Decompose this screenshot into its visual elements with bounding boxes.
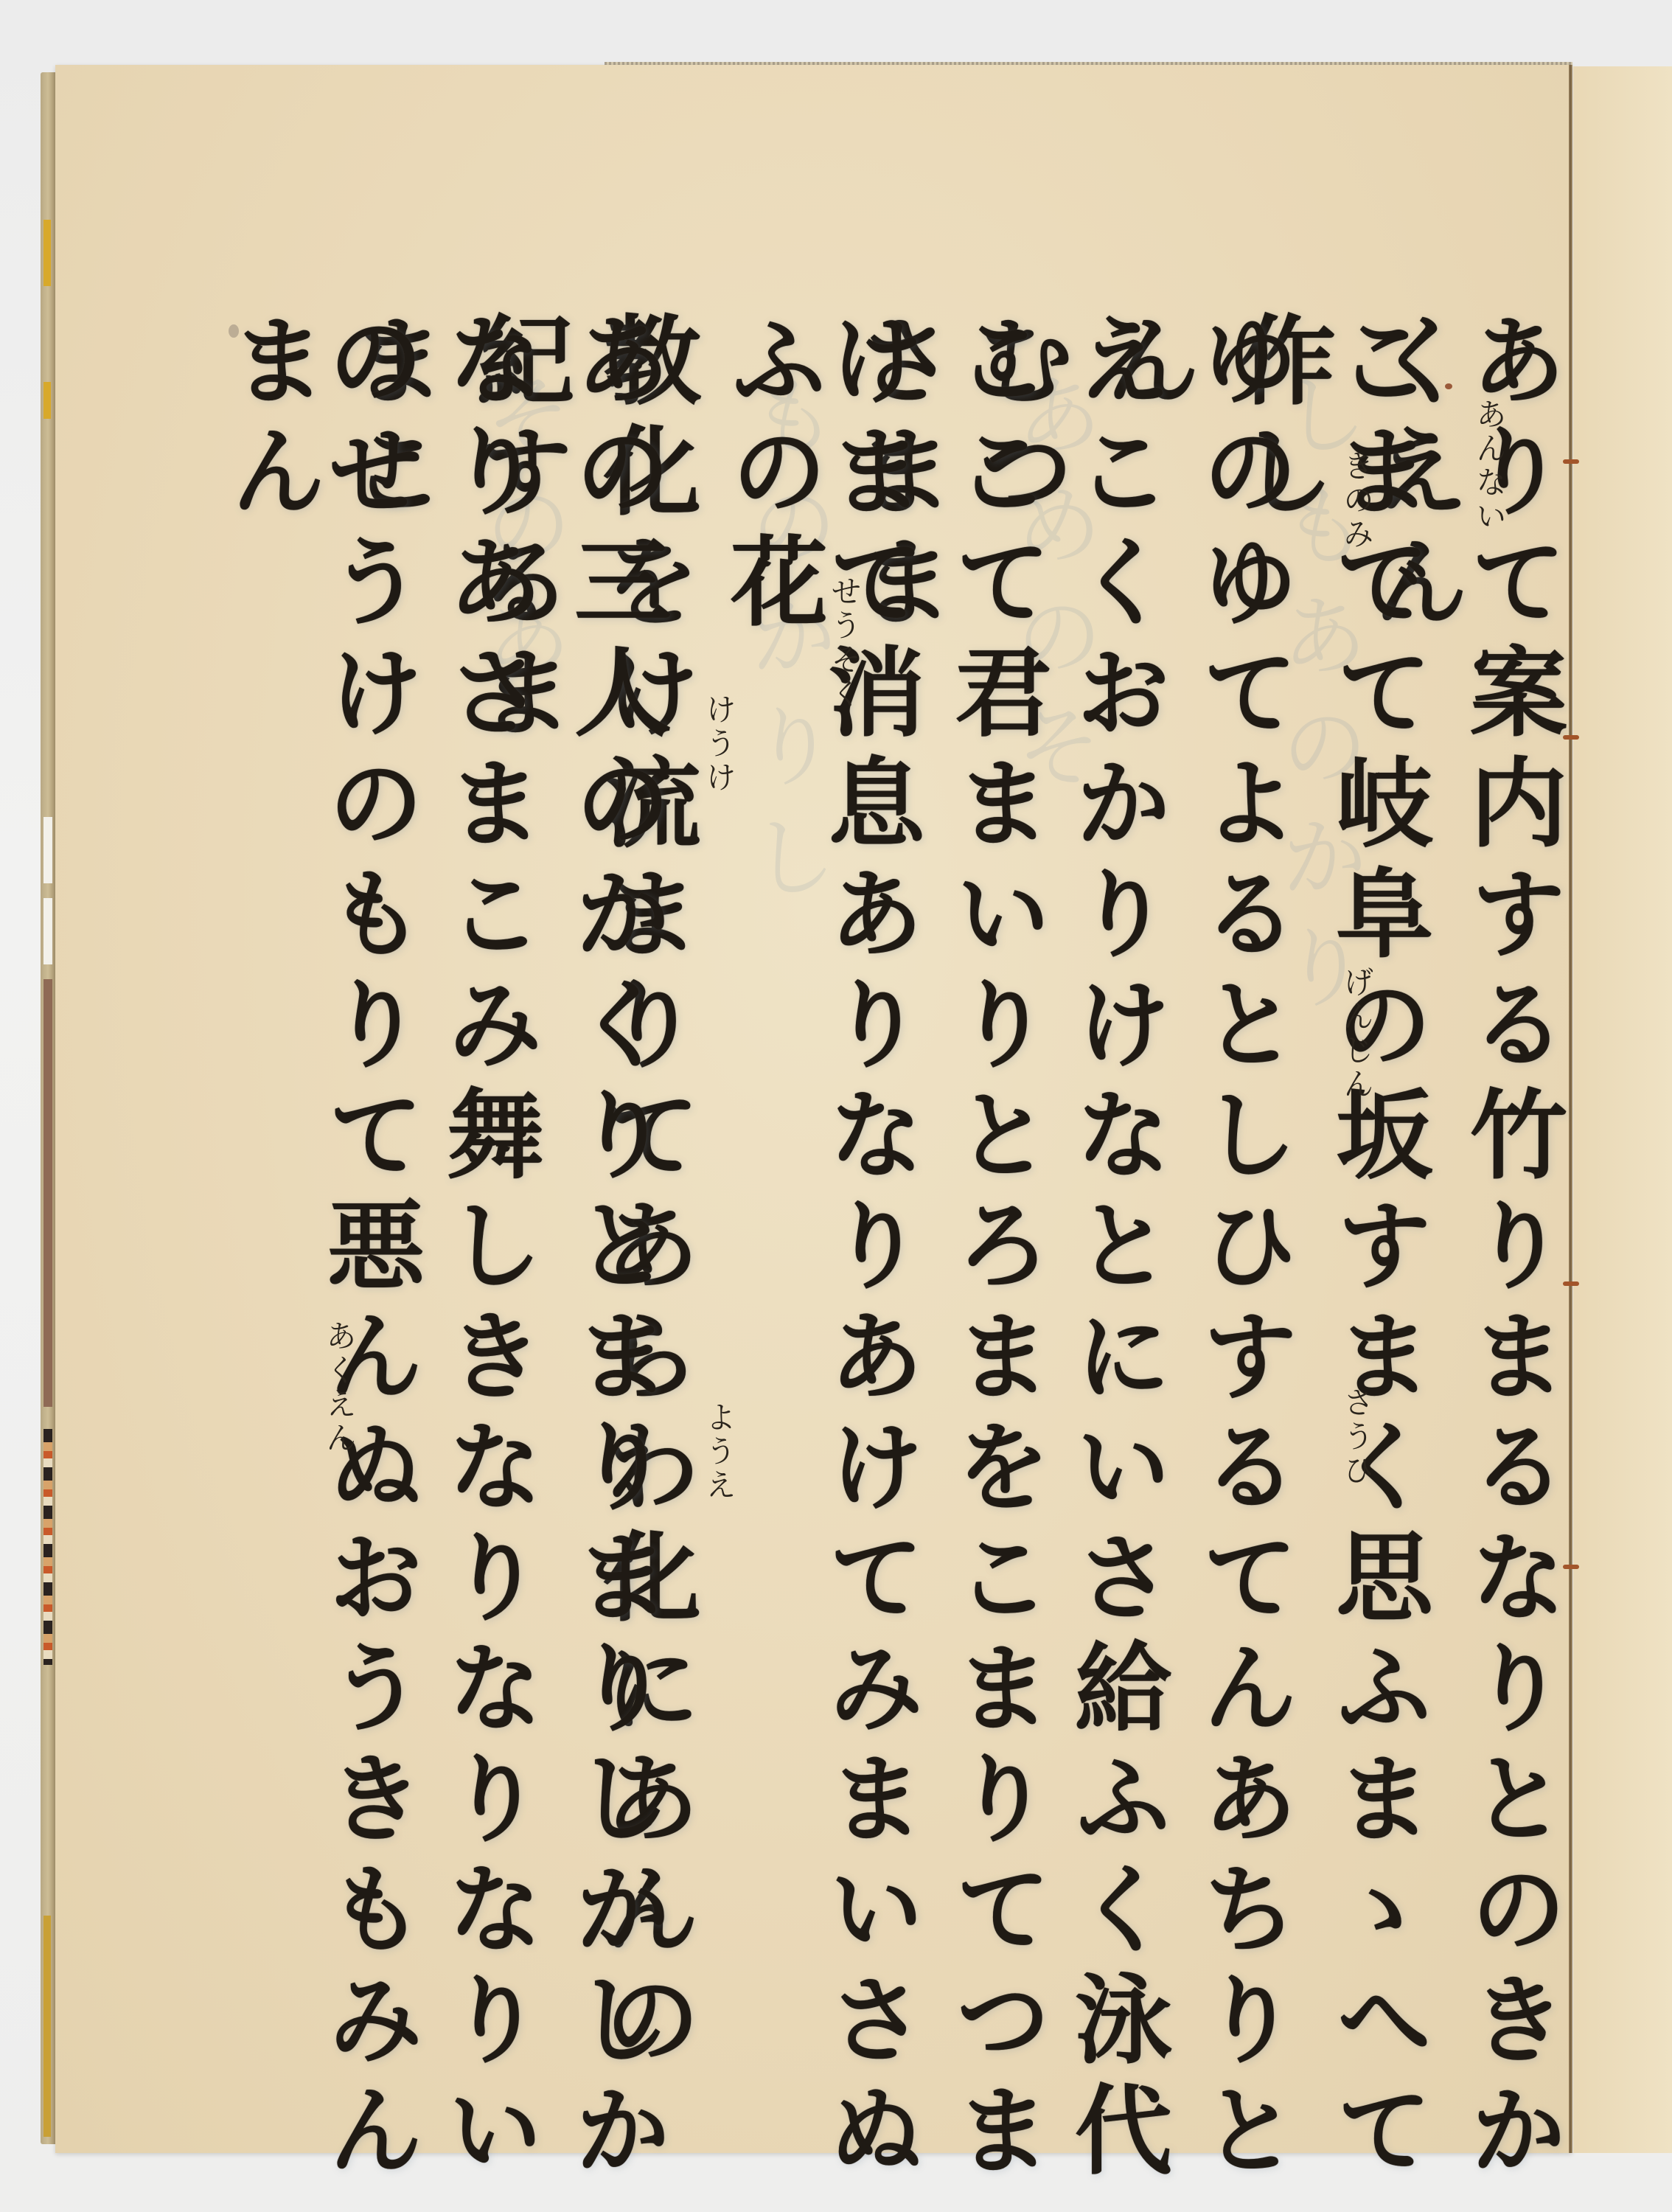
furigana-annotation: あんない: [1467, 398, 1511, 534]
gold-leaf-decoration: [43, 220, 51, 286]
spine-pattern: [43, 1429, 52, 1665]
text-column-6: けまて消息ありなりあけてみまいさぬふの花: [722, 310, 916, 2212]
facing-page-edge: [1573, 66, 1672, 2153]
furigana-annotation: げんじん: [1334, 966, 1379, 1102]
furigana-annotation: ようえ: [697, 1401, 741, 1503]
furigana-annotation: けうけ: [697, 693, 741, 795]
furigana-annotation: あくえん: [317, 1320, 361, 1455]
binding-gutter: [1569, 65, 1572, 2153]
furigana-annotation: きのみ: [1334, 450, 1379, 552]
book-cover-edge: [41, 72, 55, 2144]
furigana-annotation: さうひ: [1334, 1386, 1379, 1488]
spine-band: [43, 817, 52, 883]
spine-band: [43, 898, 52, 964]
gold-leaf-decoration: [43, 382, 51, 419]
text-column-10: のせうけのもりて悪んぬおうきもみんまん: [221, 310, 416, 2212]
furigana-annotation: せうそく: [822, 575, 866, 711]
spine-band: [43, 979, 52, 1407]
gold-leaf-decoration: [43, 1916, 51, 2137]
